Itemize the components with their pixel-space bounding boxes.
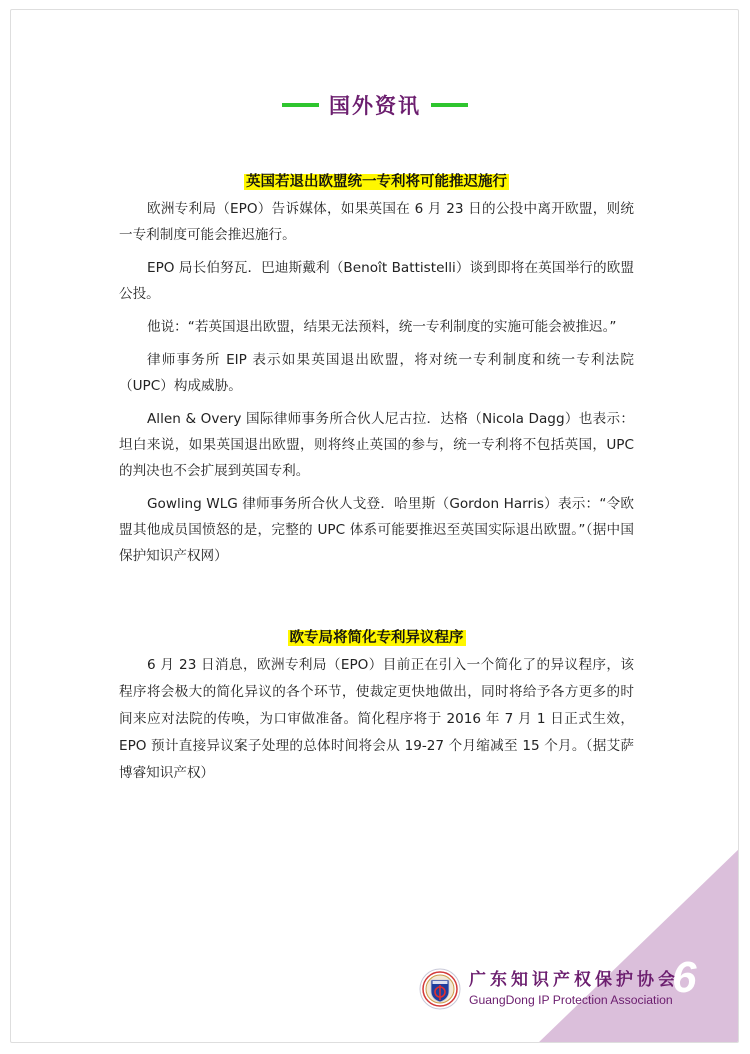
org-name-chinese: 广东知识产权保护协会 <box>469 970 679 990</box>
article-heading-text: 英国若退出欧盟统一专利将可能推迟施行 <box>244 174 509 190</box>
article-paragraph: Allen & Overy 国际律师事务所合伙人尼古拉．达格（Nicola Da… <box>119 406 634 484</box>
article-heading-text: 欧专局将简化专利异议程序 <box>288 630 466 646</box>
section-header: 国外资讯 <box>0 90 750 120</box>
footer-branding: 广东知识产权保护协会 GuangDong IP Protection Assoc… <box>419 968 679 1010</box>
article-paragraph: 他说：“若英国退出欧盟，结果无法预料，统一专利制度的实施可能会被推迟。” <box>119 314 634 340</box>
article-paragraph: Gowling WLG 律师事务所合伙人戈登．哈里斯（Gordon Harris… <box>119 491 634 569</box>
title-accent-line-right <box>431 103 468 107</box>
article-epo-opposition: 欧专局将简化专利异议程序 6 月 23 日消息，欧洲专利局（EPO）目前正在引入… <box>119 625 634 794</box>
page-number: 6 <box>672 953 696 1003</box>
section-title: 国外资讯 <box>329 90 421 120</box>
association-emblem-icon <box>419 968 461 1010</box>
article-paragraph: 欧洲专利局（EPO）告诉媒体，如果英国在 6 月 23 日的公投中离开欧盟，则统… <box>119 196 634 248</box>
article-paragraph: 律师事务所 EIP 表示如果英国退出欧盟，将对统一专利制度和统一专利法院（UPC… <box>119 347 634 399</box>
article-brexit-unitary-patent: 英国若退出欧盟统一专利将可能推迟施行 欧洲专利局（EPO）告诉媒体，如果英国在 … <box>119 169 634 576</box>
article-paragraph: EPO 局长伯努瓦．巴迪斯戴利（Benoît Battistelli）谈到即将在… <box>119 255 634 307</box>
article-heading: 英国若退出欧盟统一专利将可能推迟施行 <box>119 169 634 194</box>
article-heading: 欧专局将简化专利异议程序 <box>119 625 634 650</box>
org-name-english: GuangDong IP Protection Association <box>469 992 679 1008</box>
title-accent-line-left <box>282 103 319 107</box>
article-paragraph: 6 月 23 日消息，欧洲专利局（EPO）目前正在引入一个简化了的异议程序，该程… <box>119 652 634 787</box>
